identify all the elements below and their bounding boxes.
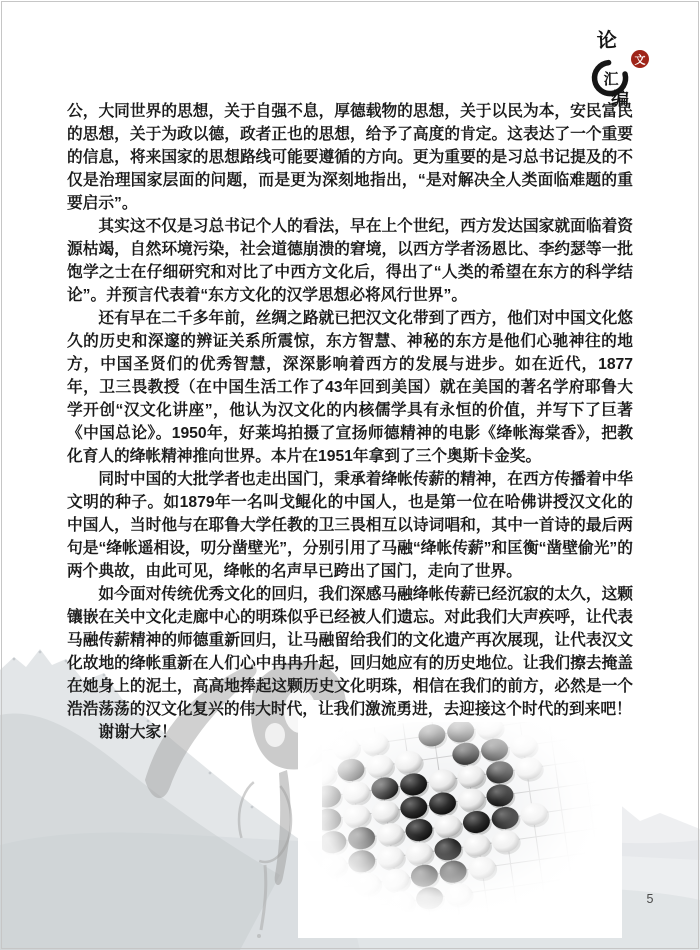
page-number: 5	[638, 892, 662, 906]
paragraph: 如今面对传统优秀文化的回归，我们深感马融绛帐传薪已经沉寂的太久，这颗镶嵌在关中文…	[67, 583, 633, 721]
logo-char-bottom: 编	[611, 88, 630, 110]
go-board-photo	[322, 722, 602, 917]
essay-body: 公，大同世界的思想，关于自强不息，厚德载物的思想，关于以民为本，安民富民的思想，…	[67, 100, 633, 744]
document-page: { "page": { "number": "5", "border_color…	[0, 0, 700, 950]
paragraph: 同时中国的大批学者也走出国门，秉承着绛帐传薪的精神，在西方传播着中华文明的种子。…	[67, 468, 633, 583]
paragraph: 谢谢大家！	[67, 721, 633, 744]
paragraph: 公，大同世界的思想，关于自强不息，厚德载物的思想，关于以民为本，安民富民的思想，…	[67, 100, 633, 215]
collection-logo: 论 文 汇 编	[586, 26, 660, 110]
logo-char-mid: 汇	[603, 71, 618, 88]
paragraph: 其实这不仅是习总书记个人的看法，早在上个世纪，西方发达国家就面临着资源枯竭，自然…	[67, 215, 633, 307]
logo-char-top: 论	[596, 27, 617, 52]
paragraph: 还有早在二千多年前，丝绸之路就已把汉文化带到了西方，他们对中国文化悠久的历史和深…	[67, 307, 633, 468]
logo-char-seal: 文	[635, 53, 646, 67]
